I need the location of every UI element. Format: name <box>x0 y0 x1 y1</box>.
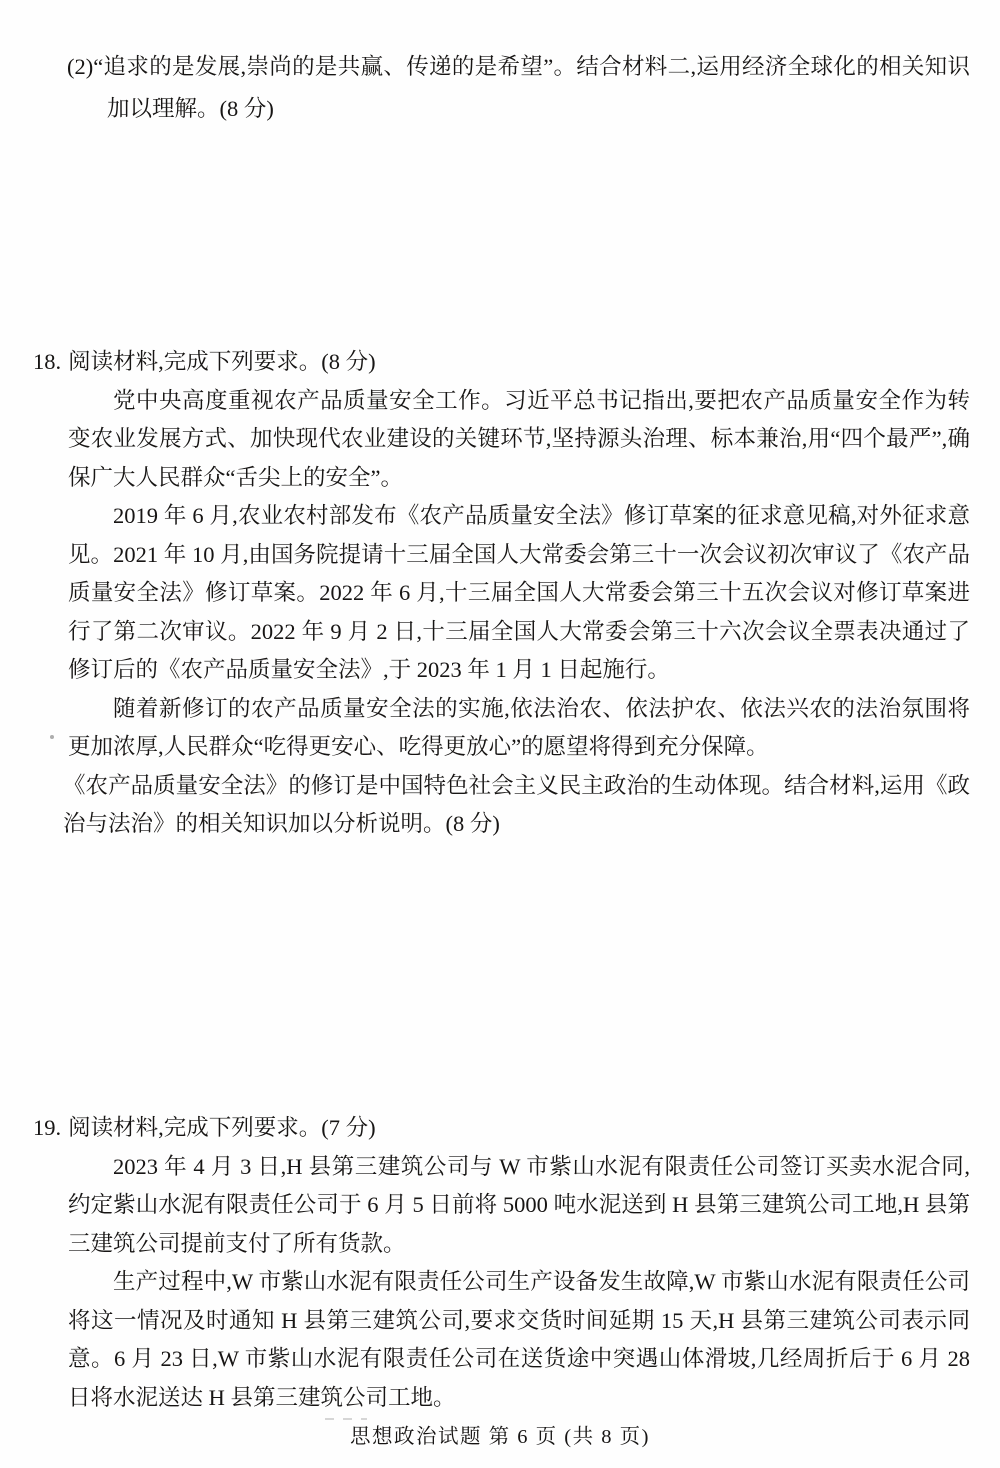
exam-page: (2)“追求的是发展,崇尚的是共赢、传递的是希望”。结合材料二,运用经济全球化的… <box>0 0 1000 1468</box>
question-18-header: 18.阅读材料,完成下列要求。(8 分) <box>33 343 970 382</box>
question-18-material-paragraph-1: 党中央高度重视农产品质量安全工作。习近平总书记指出,要把农产品质量安全作为转变农… <box>68 382 970 498</box>
question-18: 18.阅读材料,完成下列要求。(8 分) 党中央高度重视农产品质量安全工作。习近… <box>33 343 970 844</box>
question-17-part2-text: (2)“追求的是发展,崇尚的是共赢、传递的是希望”。结合材料二,运用经济全球化的… <box>67 46 970 130</box>
question-19: 19.阅读材料,完成下列要求。(7 分) 2023 年 4 月 3 日,H 县第… <box>33 1109 970 1417</box>
scan-speck-dot <box>50 735 54 739</box>
scan-speck-dashes <box>325 1418 367 1420</box>
question-19-header: 19.阅读材料,完成下列要求。(7 分) <box>33 1109 970 1148</box>
question-18-number: 18. <box>33 349 68 374</box>
question-19-material-paragraph-2: 生产过程中,W 市紫山水泥有限责任公司生产设备发生故障,W 市紫山水泥有限责任公… <box>68 1263 970 1417</box>
question-18-material-paragraph-3: 随着新修订的农产品质量安全法的实施,依法治农、依法护农、依法兴农的法治氛围将更加… <box>68 690 970 767</box>
page-footer: 思想政治试题 第 6 页 (共 8 页) <box>0 1424 1000 1450</box>
question-18-prompt: 阅读材料,完成下列要求。(8 分) <box>68 349 376 374</box>
question-18-material-paragraph-2: 2019 年 6 月,农业农村部发布《农产品质量安全法》修订草案的征求意见稿,对… <box>68 497 970 690</box>
question-19-prompt: 阅读材料,完成下列要求。(7 分) <box>68 1115 376 1140</box>
question-18-task: 《农产品质量安全法》的修订是中国特色社会主义民主政治的生动体现。结合材料,运用《… <box>63 767 970 844</box>
question-19-number: 19. <box>33 1115 68 1140</box>
question-19-material-paragraph-1: 2023 年 4 月 3 日,H 县第三建筑公司与 W 市紫山水泥有限责任公司签… <box>68 1148 970 1264</box>
